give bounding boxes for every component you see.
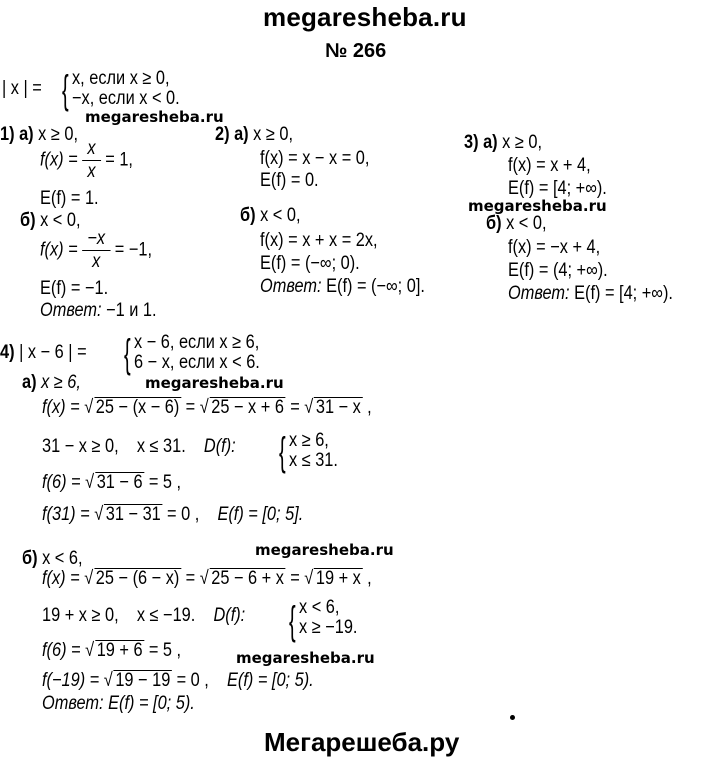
fraction: x x — [82, 138, 100, 183]
part4-a-inequality: 31 − x ≥ 0, x ≤ 31. D(f): — [42, 436, 236, 458]
part4-b-function: f(x) = √25 − (6 − x) = √25 − 6 + x = √19… — [42, 568, 372, 590]
part4-a-line: а) x ≥ 6, — [22, 372, 81, 394]
brace-icon: { — [62, 70, 69, 110]
brace-icon: { — [124, 334, 131, 374]
footer-site: Мегарешеба.ру — [264, 727, 459, 758]
part3-b-function: f(x) = −x + 4, — [508, 237, 600, 259]
part4-a-value-1: f(6) = √31 − 6 = 5 , — [42, 472, 181, 494]
part4-b-inequality: 19 + x ≥ 0, x ≤ −19. D(f): — [42, 605, 245, 627]
sqrt-radicand: 25 − x + 6 — [210, 397, 286, 417]
part2-b-function: f(x) = x + x = 2x, — [260, 230, 378, 252]
watermark: megaresheba.ru — [85, 108, 224, 126]
watermark: megaresheba.ru — [255, 541, 394, 559]
sqrt-radicand: 25 − (6 − x) — [94, 568, 181, 588]
abs-definition-lhs: | x | = — [2, 78, 42, 100]
part3-b-line: б) x < 0, — [486, 213, 547, 235]
abs-case-2: −x, если x < 0. — [72, 88, 180, 110]
sqrt-radicand: 25 − (x − 6) — [94, 397, 181, 417]
watermark: megaresheba.ru — [145, 374, 284, 392]
part1-answer: Ответ: −1 и 1. — [40, 300, 157, 322]
sqrt-radicand: 19 + x — [314, 568, 362, 588]
brace-icon: { — [289, 601, 296, 641]
part2-a-range: E(f) = 0. — [260, 170, 319, 192]
sqrt-radicand: 25 − 6 + x — [210, 568, 286, 588]
part4-a-domain-2: x ≤ 31. — [289, 450, 338, 472]
part4-b-value-1: f(6) = √19 + 6 = 5 , — [42, 640, 181, 662]
part3-b-range: E(f) = (4; +∞). — [508, 260, 608, 282]
part2-a-function: f(x) = x − x = 0, — [260, 148, 369, 170]
part1-a-range: E(f) = 1. — [40, 188, 99, 210]
brace-icon: { — [279, 432, 286, 472]
sqrt-radicand: 31 − x — [314, 397, 362, 417]
part4-case-1: x − 6, если x ≥ 6, — [134, 332, 259, 354]
site-title: megaresheba.ru — [263, 2, 467, 33]
part3-answer: Ответ: E(f) = [4; +∞). — [508, 283, 673, 305]
problem-number: № 266 — [325, 40, 386, 63]
sqrt-radicand: 31 − 31 — [104, 504, 162, 524]
abs-case-1: x, если x ≥ 0, — [72, 68, 170, 90]
stray-dot — [510, 715, 515, 720]
fraction: −x x — [82, 228, 110, 273]
sqrt-radicand: 19 − 19 — [114, 670, 172, 690]
part2-b-line: б) x < 0, — [240, 205, 301, 227]
part3-a-function: f(x) = x + 4, — [508, 155, 591, 177]
part2-b-range: E(f) = (−∞; 0). — [260, 253, 360, 275]
part1-b-function: f(x) = −x x = −1, — [40, 228, 152, 273]
part4-case-2: 6 − x, если x < 6. — [134, 352, 260, 374]
watermark: megaresheba.ru — [236, 649, 375, 667]
part1-a-function: f(x) = x x = 1, — [40, 138, 133, 183]
part4-definition: 4) | x − 6 | = — [0, 342, 87, 364]
part4-answer: Ответ: E(f) = [0; 5). — [42, 693, 195, 715]
part4-b-domain-2: x ≥ −19. — [299, 617, 357, 639]
part4-b-value-2: f(−19) = √19 − 19 = 0 , E(f) = [0; 5). — [42, 670, 314, 692]
part4-a-function: f(x) = √25 − (x − 6) = √25 − x + 6 = √31… — [42, 397, 372, 419]
part4-a-value-2: f(31) = √31 − 31 = 0 , E(f) = [0; 5]. — [42, 504, 303, 526]
part1-b-range: E(f) = −1. — [40, 278, 108, 300]
part2-a-line: 2) а) x ≥ 0, — [215, 124, 293, 146]
part4-b-domain-1: x < 6, — [299, 597, 339, 619]
part4-b-line: б) x < 6, — [22, 548, 83, 570]
sqrt-radicand: 19 + 6 — [95, 640, 144, 660]
part4-a-domain-1: x ≥ 6, — [289, 430, 329, 452]
part2-answer: Ответ: E(f) = (−∞; 0]. — [260, 276, 425, 298]
sqrt-radicand: 31 − 6 — [95, 472, 144, 492]
part3-a-line: 3) а) x ≥ 0, — [464, 132, 542, 154]
